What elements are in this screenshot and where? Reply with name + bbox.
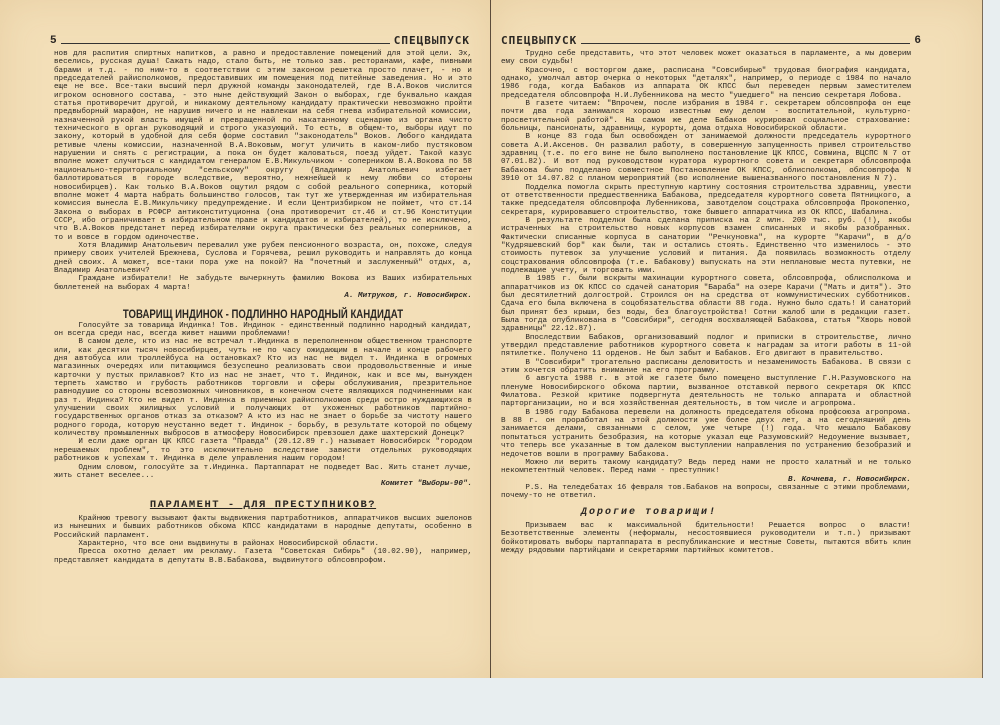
paragraph: 6 августа 1988 г. в этой же газете было …	[501, 375, 911, 408]
paragraph: В "Совсибири" трогательно расписаны дело…	[501, 359, 911, 376]
left-page-column: нов для распития спиртных напитков, а ра…	[54, 50, 472, 565]
paragraph: В газете читаем: "Впрочем, после избрани…	[501, 100, 911, 133]
paragraph: Подделка помогла скрыть преступную карти…	[501, 184, 911, 217]
paragraph: Красочно, с восторгом даже, расписана "С…	[501, 67, 911, 100]
paragraph: Граждане избиратели! Не забудьте вычеркн…	[54, 275, 472, 292]
signature: В. Кочнева, г. Новосибирск.	[501, 476, 911, 484]
paragraph: Одним словом, голосуйте за т.Индинка. Па…	[54, 464, 472, 481]
paragraph: Пресса охотно делает им рекламу. Газета …	[54, 548, 472, 565]
signature: Комитет "Выборы-90".	[54, 480, 472, 488]
running-title: СПЕЦВЫПУСК	[501, 34, 577, 47]
article-heading: Дорогие товарищи!	[581, 509, 911, 517]
paragraph: В результате подделки была сделана припи…	[501, 217, 911, 275]
header-rule	[581, 43, 910, 44]
paragraph: Характерно, что все они выдвинуты в райо…	[54, 540, 472, 548]
paragraph: Крайнюю тревогу вызывают факты выдвижени…	[54, 515, 472, 540]
right-page-column: Трудно себе представить, что этот челове…	[501, 50, 911, 555]
right-page-header: СПЕЦВЫПУСК 6	[501, 34, 921, 47]
left-page-header: 5 СПЕЦВЫПУСК	[50, 34, 470, 47]
running-title: СПЕЦВЫПУСК	[394, 34, 470, 47]
signature: А. Митруков, г. Новосибирск.	[54, 292, 472, 300]
page-number: 5	[50, 35, 57, 47]
postscript: P.S. На теледебатах 16 февраля тов.Бабак…	[501, 484, 911, 501]
paragraph: нов для распития спиртных напитков, а ра…	[54, 50, 472, 242]
paragraph: В конце 83 года был освобожден от занима…	[501, 133, 911, 183]
article-parliament-continued: Трудно себе представить, что этот челове…	[501, 50, 911, 501]
paragraph: Хотя Владимир Анатольевич перевалил уже …	[54, 242, 472, 275]
page-number: 6	[914, 35, 921, 47]
paragraph: Трудно себе представить, что этот челове…	[501, 50, 911, 67]
article-dear-comrades: Дорогие товарищи! Призываем вас к максим…	[501, 509, 911, 556]
paragraph: Можно ли верить такому кандидату? Ведь п…	[501, 459, 911, 476]
paragraph: В 1986 году Бабакова перевели на должнос…	[501, 409, 911, 459]
left-page: 5 СПЕЦВЫПУСК нов для распития спиртных н…	[0, 0, 491, 678]
article-indinok: ТОВАРИЩ ИНДИНОК - ПОДЛИННО НАРОДНЫЙ КАНД…	[54, 310, 472, 488]
paragraph: В 1985 г. были вскрыты махинации курортн…	[501, 275, 911, 333]
paragraph: Призываем вас к максимальной бдительност…	[501, 522, 911, 555]
paragraph: Голосуйте за товарища Индинка! Тов. Инди…	[54, 322, 472, 339]
right-page: СПЕЦВЫПУСК 6 Трудно себе представить, чт…	[491, 0, 983, 678]
paragraph: Впоследствии Бабаков, организовавший под…	[501, 334, 911, 359]
article-parliament: ПАРЛАМЕНТ - ДЛЯ ПРЕСТУПНИКОВ? Крайнюю тр…	[54, 501, 472, 565]
article-vokov: нов для распития спиртных напитков, а ра…	[54, 50, 472, 300]
article-heading: ТОВАРИЩ ИНДИНОК - ПОДЛИННО НАРОДНЫЙ КАНД…	[96, 310, 430, 318]
header-rule	[61, 43, 390, 44]
article-heading: ПАРЛАМЕНТ - ДЛЯ ПРЕСТУПНИКОВ?	[54, 501, 472, 509]
paragraph: И если даже орган ЦК КПСС газета "Правда…	[54, 438, 472, 463]
paragraph: В самом деле, кто из нас не встречал т.И…	[54, 338, 472, 438]
